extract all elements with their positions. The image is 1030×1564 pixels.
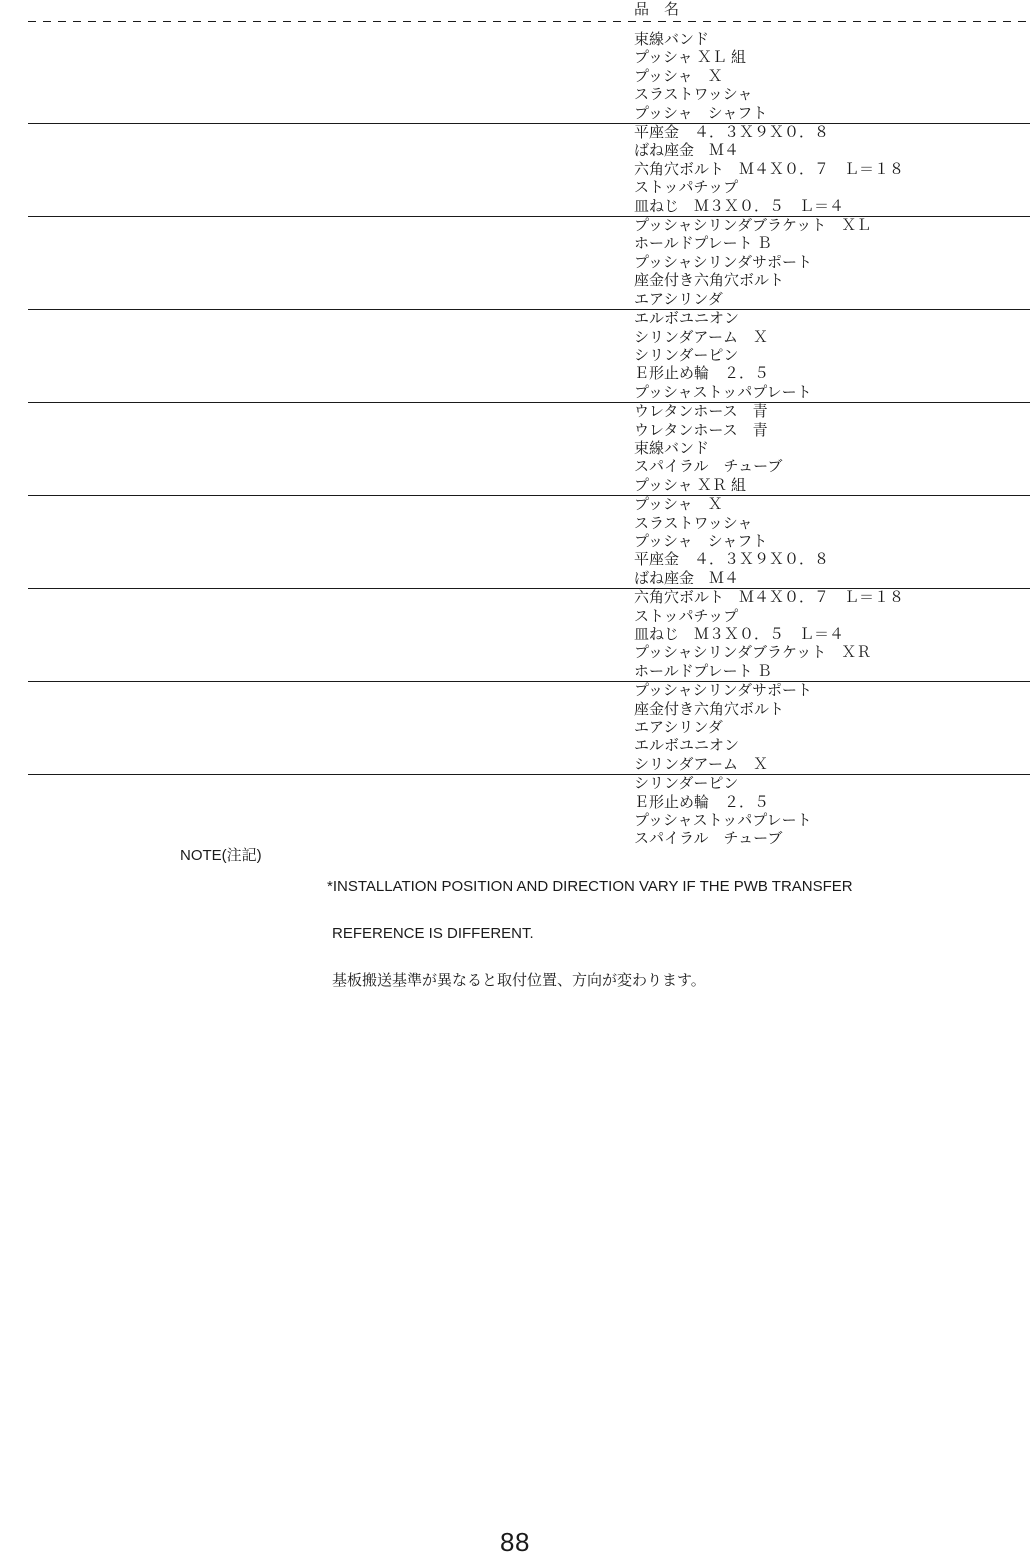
column-header-part-name: 品 名 [28,0,1030,22]
part-name-cell: 座金付き六角穴ボルト [634,701,1030,719]
part-name-cell: 平座金 ４．３Ｘ９Ｘ０．８ [634,124,1030,142]
part-name-cell: プッシャシリンダサポート [634,254,1030,272]
part-name-cell: シリンダアーム Ｘ [634,329,1030,347]
parts-group: シリンダーピンＥ形止め輪 ２．５プッシャストッパプレートスパイラル チューブ [28,774,1030,849]
part-name-cell: 束線バンド [634,440,1030,458]
part-name-cell: ウレタンホース 青 [634,422,1030,440]
parts-group: プッシャ Ｘスラストワッシャプッシャ シャフト平座金 ４．３Ｘ９Ｘ０．８ばね座金… [28,495,1030,588]
part-name-cell: ウレタンホース 青 [634,403,1030,421]
part-name-cell: プッシャストッパプレート [634,812,1030,830]
part-name-cell: スパイラル チューブ [634,830,1030,848]
parts-group: 束線バンドプッシャ ＸＬ 組プッシャ Ｘスラストワッシャプッシャ シャフト [28,22,1030,123]
note-body: *INSTALLATION POSITION AND DIRECTION VAR… [327,848,853,1020]
part-name-cell: ストッパチップ [634,608,1030,626]
part-name-cell: 束線バンド [634,31,1030,49]
parts-group: エルボユニオンシリンダアーム ＸシリンダーピンＥ形止め輪 ２．５プッシャストッパ… [28,309,1030,402]
note-line-en-2: REFERENCE IS DIFFERENT. [327,926,853,942]
part-name-cell: プッシャ シャフト [634,533,1030,551]
parts-group: 六角穴ボルト Ｍ４Ｘ０．７ Ｌ＝１８ストッパチップ皿ねじ Ｍ３Ｘ０．５ Ｌ＝４プ… [28,588,1030,681]
part-name-cell: 座金付き六角穴ボルト [634,272,1030,290]
part-name-cell: プッシャ シャフト [634,105,1030,123]
part-name-cell: エルボユニオン [634,310,1030,328]
part-name-cell: Ｅ形止め輪 ２．５ [634,794,1030,812]
parts-table: 品 名 束線バンドプッシャ ＸＬ 組プッシャ Ｘスラストワッシャプッシャ シャフ… [28,0,1030,849]
part-name-cell: エアシリンダ [634,719,1030,737]
part-name-cell: スラストワッシャ [634,515,1030,533]
note-section: NOTE(注記) *INSTALLATION POSITION AND DIRE… [180,848,853,1020]
part-name-cell: スパイラル チューブ [634,458,1030,476]
part-name-cell: プッシャシリンダサポート [634,682,1030,700]
part-name-cell: プッシャストッパプレート [634,384,1030,402]
part-name-cell: プッシャ ＸＲ 組 [634,477,1030,495]
note-line-en-1: *INSTALLATION POSITION AND DIRECTION VAR… [327,879,853,895]
part-name-cell: ホールドプレート Ｂ [634,663,1030,681]
part-name-cell: プッシャ Ｘ [634,496,1030,514]
part-name-cell: シリンダーピン [634,775,1030,793]
part-name-cell: ホールドプレート Ｂ [634,235,1030,253]
part-name-cell: プッシャ Ｘ [634,68,1030,86]
part-name-cell: シリンダアーム Ｘ [634,756,1030,774]
parts-group: プッシャシリンダブラケット ＸＬホールドプレート Ｂプッシャシリンダサポート座金… [28,216,1030,309]
document-page: 品 名 束線バンドプッシャ ＸＬ 組プッシャ Ｘスラストワッシャプッシャ シャフ… [0,0,1030,1564]
part-name-cell: 皿ねじ Ｍ３Ｘ０．５ Ｌ＝４ [634,198,1030,216]
part-name-cell: エアシリンダ [634,291,1030,309]
part-name-cell: シリンダーピン [634,347,1030,365]
part-name-cell: 皿ねじ Ｍ３Ｘ０．５ Ｌ＝４ [634,626,1030,644]
part-name-cell: ばね座金 Ｍ４ [634,142,1030,160]
parts-groups: 束線バンドプッシャ ＸＬ 組プッシャ Ｘスラストワッシャプッシャ シャフト平座金… [28,22,1030,849]
part-name-cell: プッシャシリンダブラケット ＸＲ [634,644,1030,662]
part-name-cell: スラストワッシャ [634,86,1030,104]
part-name-cell: 平座金 ４．３Ｘ９Ｘ０．８ [634,551,1030,569]
parts-group: ウレタンホース 青ウレタンホース 青束線バンドスパイラル チューブプッシャ ＸＲ… [28,402,1030,495]
part-name-cell: プッシャシリンダブラケット ＸＬ [634,217,1030,235]
parts-group: プッシャシリンダサポート座金付き六角穴ボルトエアシリンダエルボユニオンシリンダア… [28,681,1030,774]
part-name-cell: 六角穴ボルト Ｍ４Ｘ０．７ Ｌ＝１８ [634,161,1030,179]
note-line-jp: 基板搬送基準が異なると取付位置、方向が変わります。 [327,973,853,989]
note-label: NOTE(注記) [180,848,327,864]
part-name-cell: プッシャ ＸＬ 組 [634,49,1030,67]
part-name-cell: 六角穴ボルト Ｍ４Ｘ０．７ Ｌ＝１８ [634,589,1030,607]
page-number: 88 [0,1529,1030,1555]
part-name-cell: ストッパチップ [634,179,1030,197]
part-name-cell: Ｅ形止め輪 ２．５ [634,365,1030,383]
parts-group: 平座金 ４．３Ｘ９Ｘ０．８ばね座金 Ｍ４六角穴ボルト Ｍ４Ｘ０．７ Ｌ＝１８スト… [28,123,1030,216]
part-name-cell: エルボユニオン [634,737,1030,755]
part-name-cell: ばね座金 Ｍ４ [634,570,1030,588]
